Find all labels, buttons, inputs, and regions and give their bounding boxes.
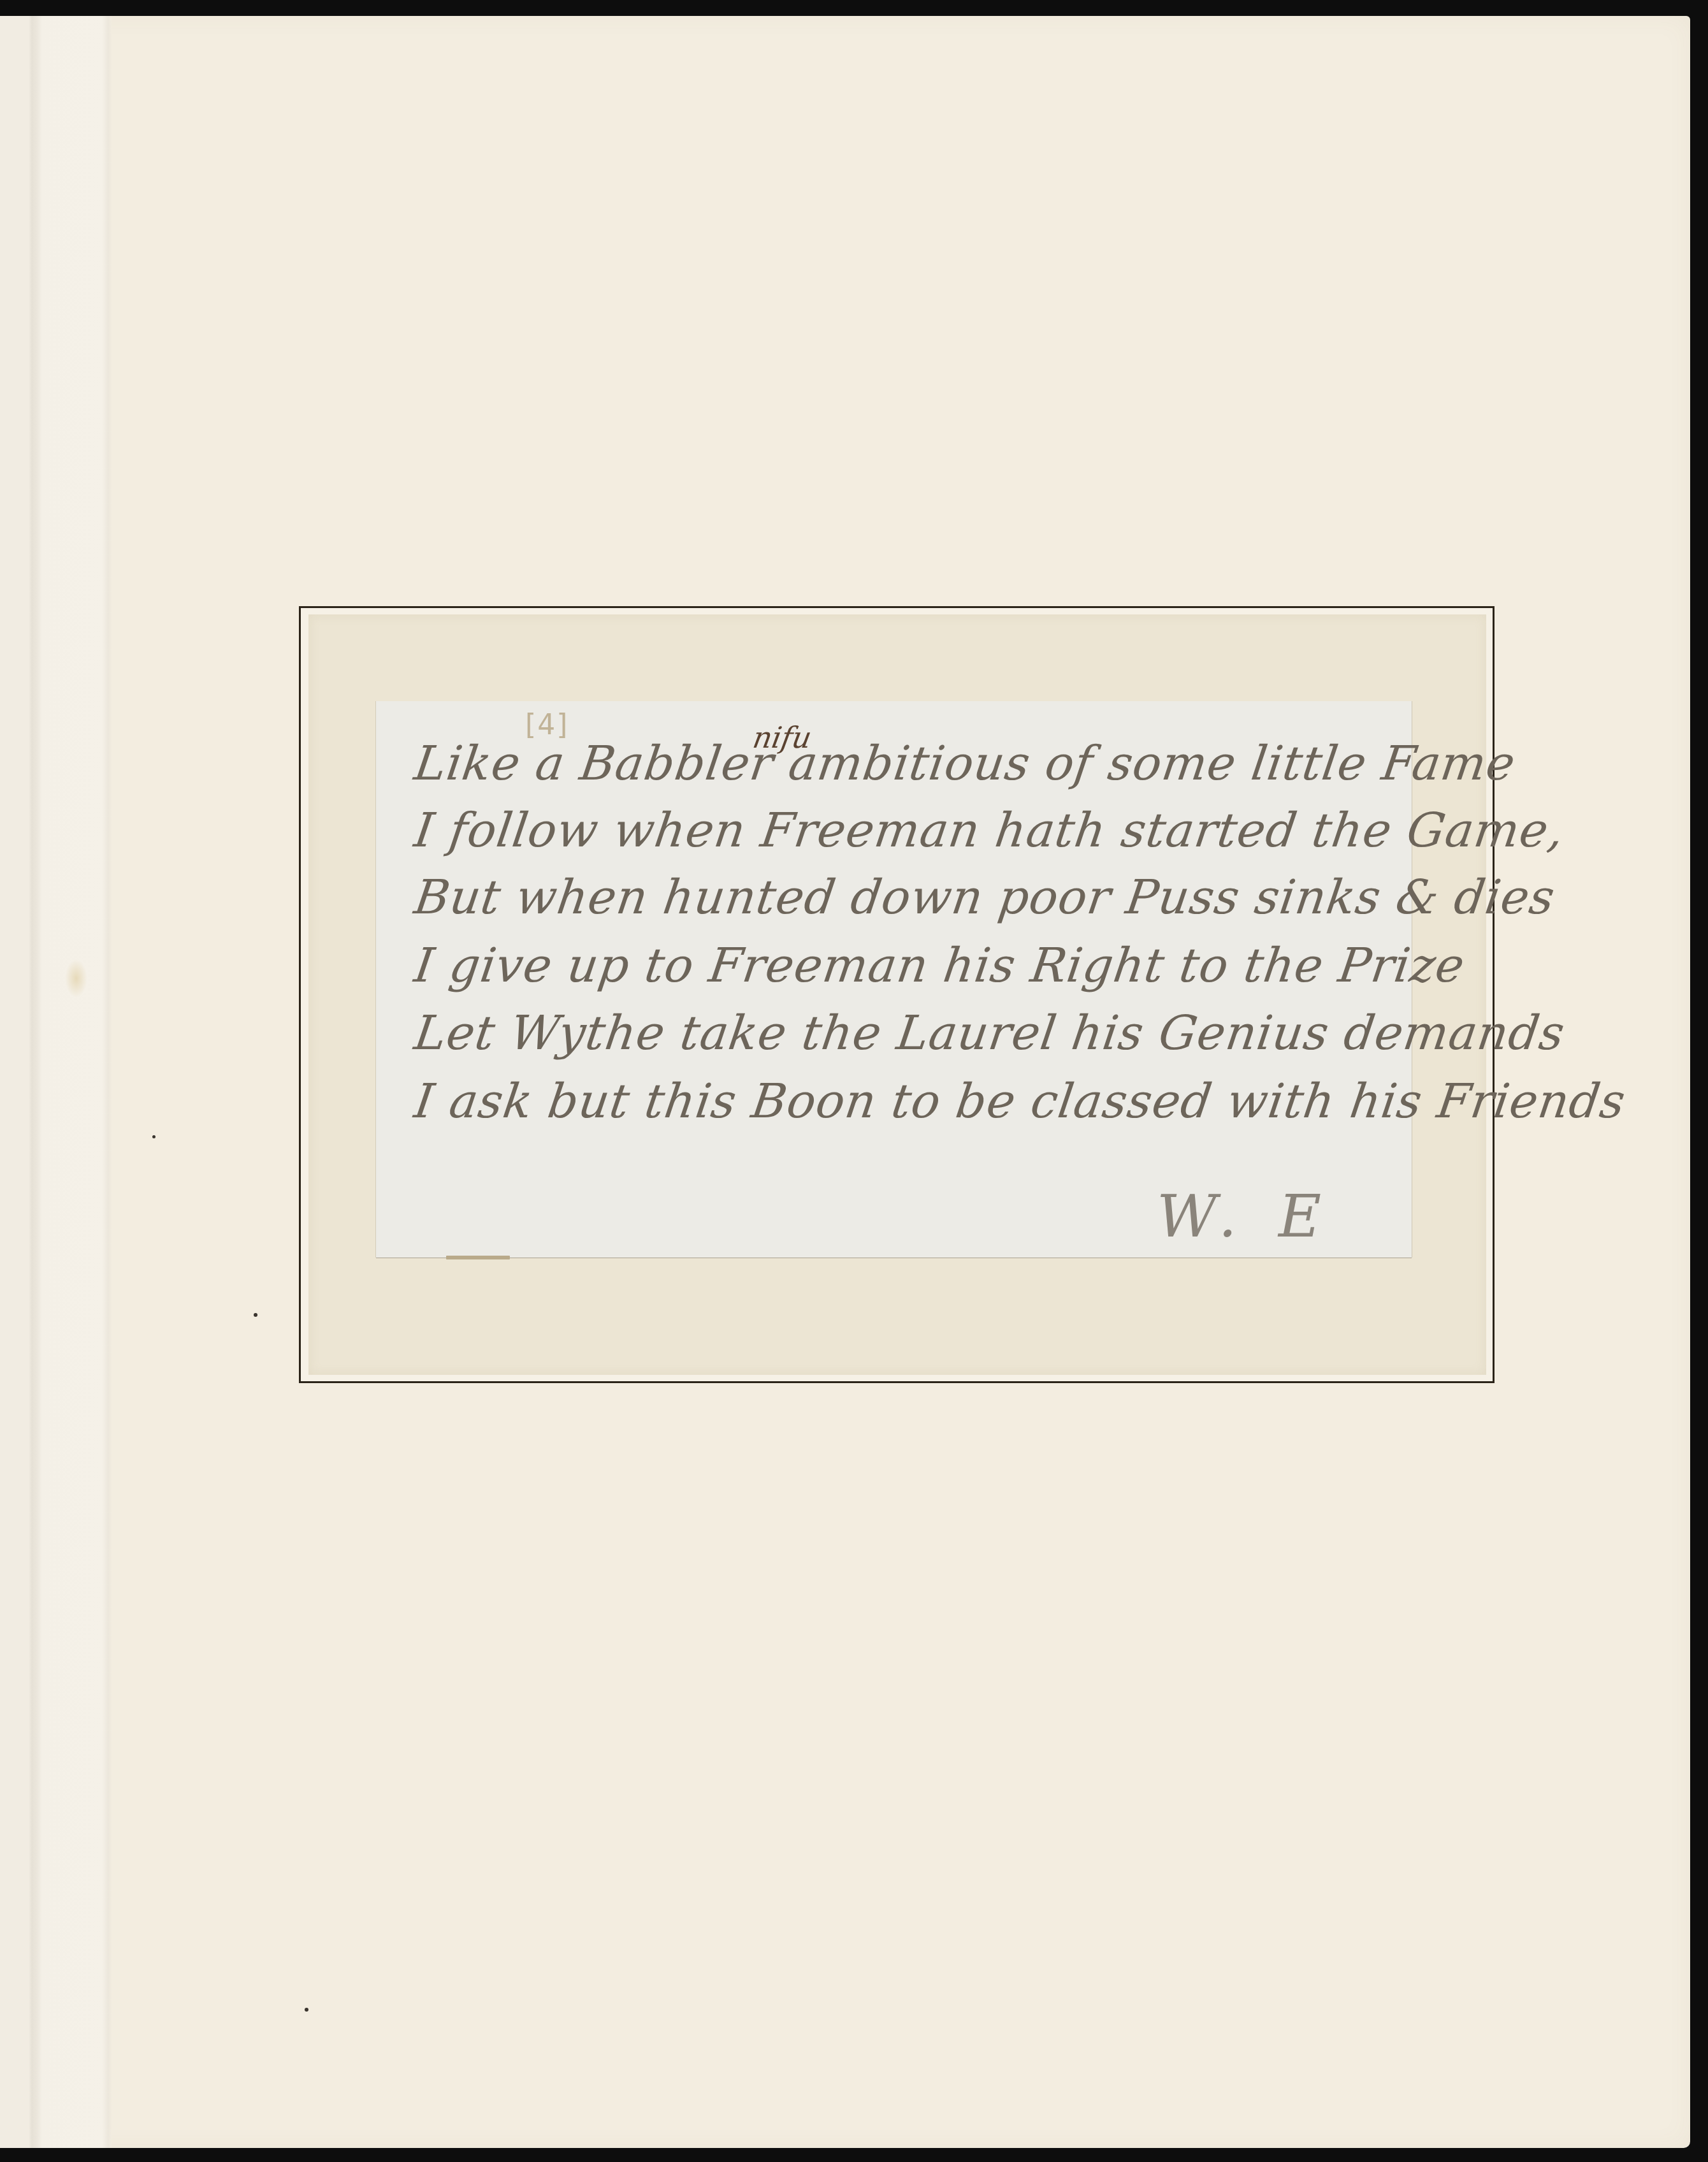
- verse-line-4: I give up to Freeman his Right to the Pr…: [411, 938, 1468, 993]
- verse-line-2: I follow when Freeman hath started the G…: [411, 803, 1568, 858]
- verse-line-1: Like a Babbler ambitious of some little …: [411, 736, 1519, 791]
- handwritten-note: [4] nifu Like a Babbler ambitious of som…: [376, 701, 1412, 1258]
- binding-strip: [0, 16, 112, 2148]
- paper-speck: [305, 2008, 308, 2012]
- verse-line-5: Let Wythe take the Laurel his Genius dem…: [411, 1006, 1568, 1061]
- hinge-mark: [446, 1256, 510, 1259]
- signature: W. E: [1157, 1182, 1333, 1251]
- foxing-stain: [65, 959, 87, 998]
- paper-speck: [152, 1135, 156, 1138]
- paper-speck: [254, 1313, 257, 1317]
- verse-line-6: I ask but this Boon to be classed with h…: [411, 1074, 1629, 1129]
- verse-line-3: But when hunted down poor Puss sinks & d…: [411, 870, 1558, 925]
